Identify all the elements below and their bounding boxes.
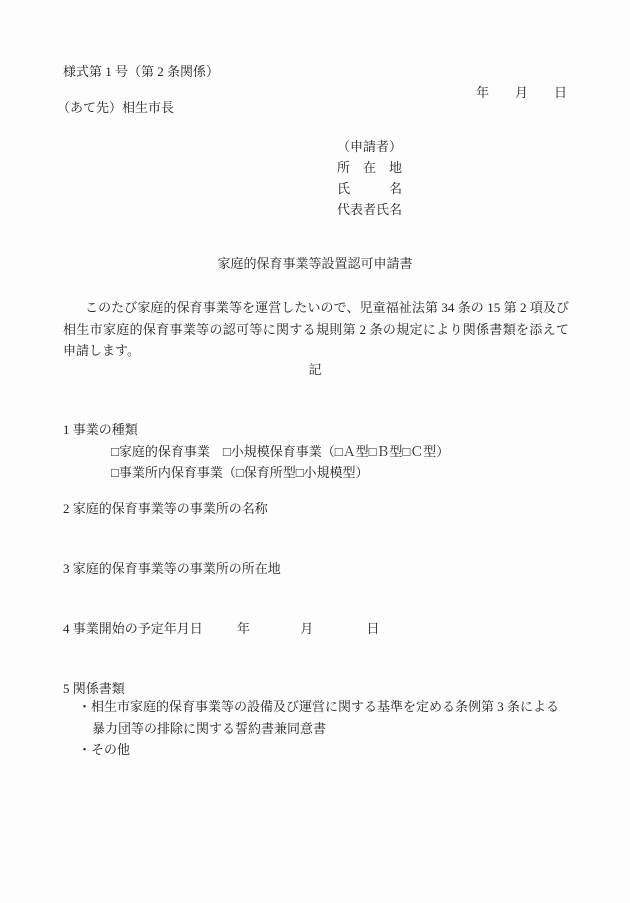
section-4-line: 4 事業開始の予定年月日 年 月 日 [63, 618, 380, 637]
start-date-year-label: 年 [237, 621, 250, 636]
checkbox-option-small-scale-daycare: □小規模保育事業（□Ａ型□Ｂ型□Ｃ型） [223, 441, 449, 460]
start-date-day-label: 日 [367, 621, 380, 636]
checkbox-option-family-daycare: □家庭的保育事業 [111, 441, 210, 460]
applicant-address-label: 所 在 地 [337, 157, 402, 178]
body-paragraph: このたび家庭的保育事業等を運営したいので、児童福祉法第 34 条の 15 第 2… [63, 297, 569, 362]
addressee-line: （あて先）相生市長 [57, 97, 174, 116]
date-line: 年 月 日 [476, 82, 567, 101]
bullet-marker: ・ [78, 699, 91, 714]
applicant-heading: （申請者） [337, 136, 402, 157]
checkbox-option-workplace-daycare: □事業所内保育事業（□保育所型□小規模型） [111, 465, 369, 480]
document-title: 家庭的保育事業等設置認可申請書 [63, 253, 567, 272]
applicant-representative-label: 代表者氏名 [337, 199, 402, 220]
form-number: 様式第 1 号（第 2 条関係） [63, 61, 219, 80]
section-2-heading: 2 家庭的保育事業等の事業所の名称 [63, 498, 268, 517]
related-documents-list: ・相生市家庭的保育事業等の設備及び運営に関する基準を定める条例第 3 条による暴… [78, 696, 570, 761]
business-type-options-row-1: □家庭的保育事業 □小規模保育事業（□Ａ型□Ｂ型□Ｃ型） [111, 441, 449, 460]
bullet-marker: ・ [78, 742, 91, 757]
related-document-2-text: その他 [91, 742, 130, 757]
application-form-page: 様式第 1 号（第 2 条関係） 年 月 日 （あて先）相生市長 （申請者） 所… [0, 0, 630, 903]
list-item-pledge-document: ・相生市家庭的保育事業等の設備及び運営に関する基準を定める条例第 3 条による暴… [78, 696, 570, 739]
business-type-options-row-2: □事業所内保育事業（□保育所型□小規模型） [111, 462, 369, 481]
related-document-1-text: 相生市家庭的保育事業等の設備及び運営に関する基準を定める条例第 3 条による暴力… [91, 699, 559, 736]
section-3-heading: 3 家庭的保育事業等の事業所の所在地 [63, 558, 281, 577]
section-4-heading: 4 事業開始の予定年月日 [63, 621, 203, 636]
start-date-month-label: 月 [300, 621, 313, 636]
section-1-heading: 1 事業の種類 [63, 419, 138, 438]
applicant-name-label: 氏 名 [337, 178, 402, 199]
list-item-other: ・その他 [78, 739, 570, 761]
record-marker: 記 [63, 359, 567, 378]
section-5-heading: 5 関係書類 [63, 678, 125, 697]
applicant-block: （申請者） 所 在 地 氏 名 代表者氏名 [337, 136, 402, 220]
